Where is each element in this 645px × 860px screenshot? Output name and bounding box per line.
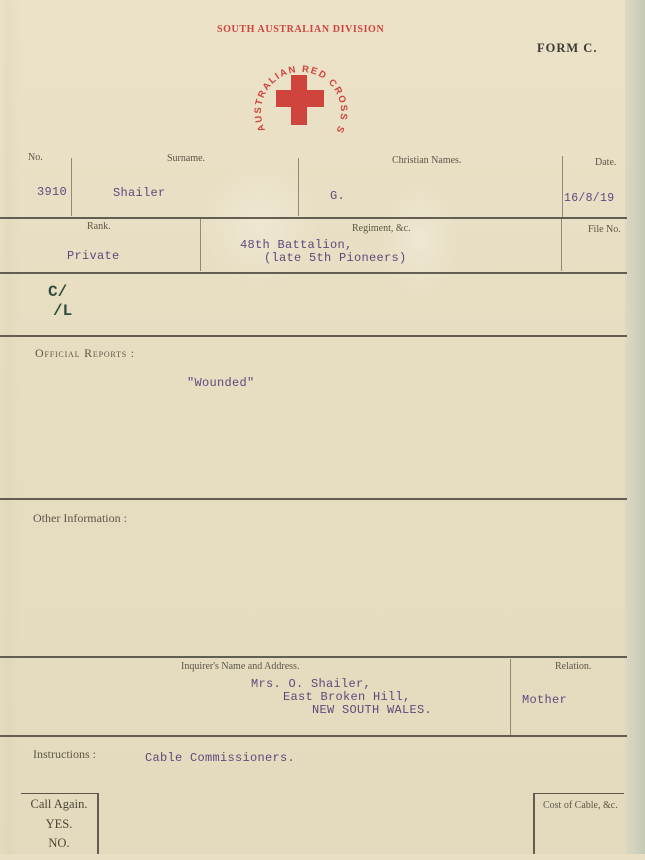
- service-number-value: 3910: [37, 185, 67, 199]
- inquirer-name: Mrs. O. Shailer,: [251, 677, 371, 691]
- surname-value: Shailer: [113, 186, 166, 200]
- column-divider: [561, 219, 562, 271]
- instructions-label: Instructions :: [33, 747, 96, 762]
- call-again-label: Call Again.: [22, 797, 96, 812]
- cost-box-top: [534, 793, 624, 794]
- column-divider: [562, 156, 563, 218]
- regiment-label: Regiment, &c.: [352, 223, 411, 234]
- paper-wear: [200, 160, 320, 290]
- no-label: No.: [28, 152, 43, 163]
- instructions-value: Cable Commissioners.: [145, 751, 295, 765]
- paper-bottom-edge: [0, 854, 645, 860]
- section-rule: [0, 656, 627, 658]
- call-again-box-top: [21, 793, 98, 794]
- division-title: SOUTH AUSTRALIAN DIVISION: [217, 24, 384, 35]
- inquirer-label: Inquirer's Name and Address.: [181, 661, 299, 672]
- column-divider: [71, 158, 72, 216]
- official-reports-value: "Wounded": [187, 376, 255, 390]
- inquirer-address-line1: East Broken Hill,: [283, 690, 411, 704]
- christian-names-label: Christian Names.: [392, 155, 461, 166]
- red-cross-icon: [276, 75, 324, 125]
- form-label: FORM C.: [537, 41, 597, 56]
- date-label: Date.: [595, 157, 616, 168]
- inquirer-address-line2: NEW SOUTH WALES.: [312, 703, 432, 717]
- column-divider: [298, 158, 299, 216]
- date-value: 16/8/19: [564, 192, 614, 205]
- relation-label: Relation.: [555, 661, 591, 672]
- cost-box-left: [533, 793, 535, 860]
- section-rule: [0, 498, 627, 500]
- call-again-yes[interactable]: YES.: [22, 817, 96, 832]
- official-reports-label: Official Reports :: [35, 346, 135, 361]
- call-again-no[interactable]: NO.: [22, 836, 96, 851]
- cost-of-cable-label: Cost of Cable, &c.: [543, 800, 618, 811]
- christian-names-value: G.: [330, 189, 345, 203]
- cl-stamp-line1: C/: [48, 283, 67, 301]
- red-cross-logo: AUSTRALIAN RED CROSS SOCIETY: [245, 47, 357, 149]
- cl-stamp-line2: /L: [53, 302, 72, 320]
- column-divider: [510, 659, 511, 735]
- rank-value: Private: [67, 249, 120, 263]
- regiment-value-line2: (late 5th Pioneers): [264, 251, 407, 265]
- paper-wear: [380, 180, 460, 300]
- row-rule: [0, 272, 627, 274]
- section-rule: [0, 735, 627, 737]
- column-divider: [200, 219, 201, 271]
- surname-label: Surname.: [167, 153, 205, 164]
- rank-label: Rank.: [87, 221, 111, 232]
- relation-value: Mother: [522, 693, 567, 707]
- row-rule: [0, 217, 627, 219]
- section-rule: [0, 335, 627, 337]
- paper-edge: [625, 0, 645, 860]
- regiment-value-line1: 48th Battalion,: [240, 238, 353, 252]
- call-again-box-right: [97, 793, 99, 860]
- file-no-label: File No.: [588, 224, 621, 235]
- other-information-label: Other Information :: [33, 511, 127, 526]
